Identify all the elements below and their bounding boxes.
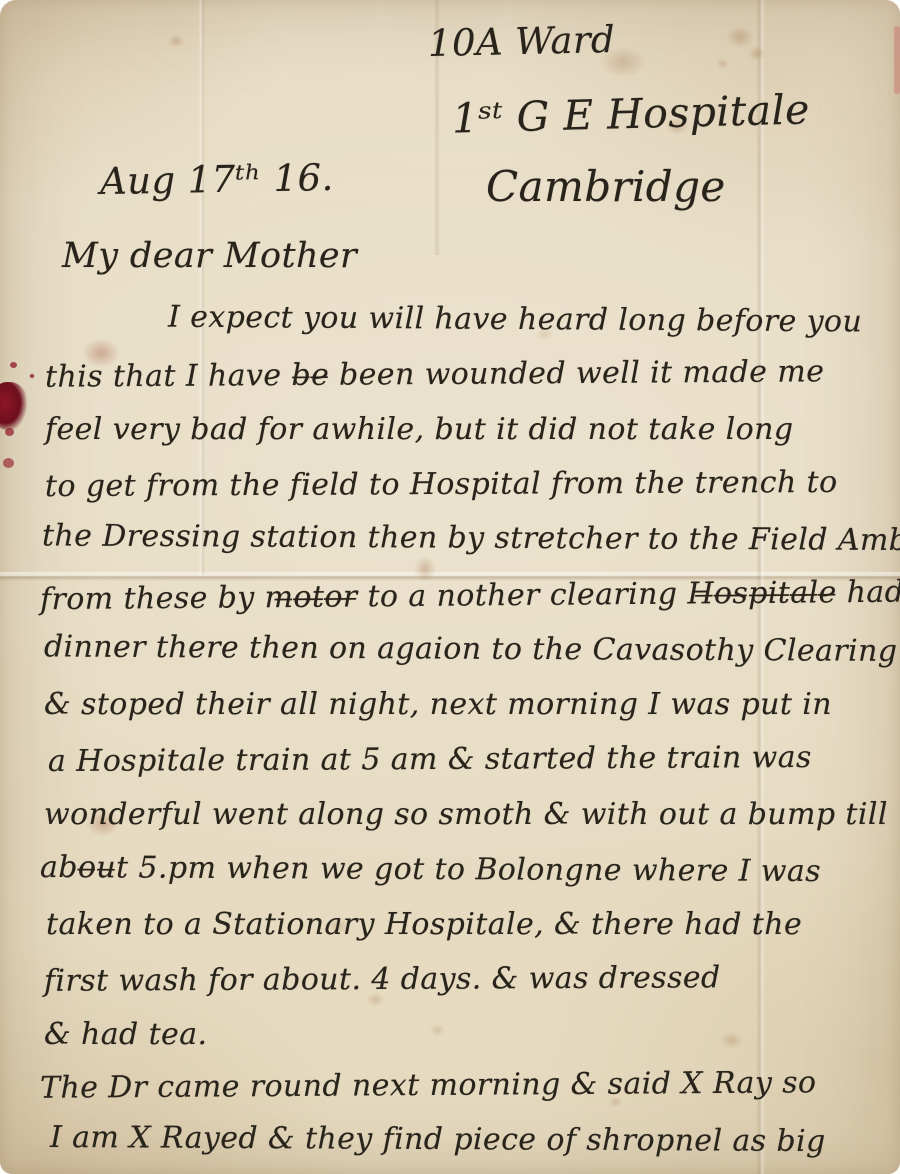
paper-stain (430, 1024, 445, 1036)
red-speck (5, 428, 14, 436)
paper-stain (726, 26, 754, 48)
body-line: & had tea. (44, 1017, 207, 1052)
body-line: I am X Rayed & they find piece of shropn… (50, 1120, 826, 1159)
red-speck (3, 458, 14, 468)
paper-stain (168, 34, 185, 48)
body-line: this that I have b̶e̶ been wounded well … (45, 354, 825, 394)
page-background: 10A Ward 1ˢᵗ G E Hospitale Cambridge Aug… (0, 0, 900, 1174)
body-line: to get from the field to Hospital from t… (45, 465, 838, 504)
body-line: dinner there then on agaion to the Cavas… (44, 629, 900, 669)
red-speck (30, 374, 34, 378)
body-line: I expect you will have heard long before… (168, 300, 862, 340)
body-line: The Dr came round next morning & said X … (40, 1065, 817, 1105)
letter-page: 10A Ward 1ˢᵗ G E Hospitale Cambridge Aug… (0, 0, 900, 1174)
header-city-line: Cambridge (486, 162, 726, 211)
body-line: wonderful went along so smoth & with out… (44, 797, 888, 832)
body-line: a Hospitale train at 5 am & started the … (48, 740, 812, 779)
edge-discoloration (894, 26, 900, 94)
paper-stain (720, 1032, 743, 1049)
paper-stain (748, 46, 766, 61)
date-line: Aug 17ᵗʰ 16. (100, 156, 334, 203)
salutation-line: My dear Mother (62, 236, 357, 276)
red-speck (10, 362, 17, 368)
body-line: the Dressing station then by stretcher t… (42, 518, 900, 558)
header-ward-line: 10A Ward (428, 18, 616, 65)
paper-stain (716, 58, 729, 69)
header-hospital-line: 1ˢᵗ G E Hospitale (451, 85, 810, 142)
body-line: & stoped their all night, next morning I… (44, 687, 832, 722)
body-line: feel very bad for awhile, but it did not… (45, 412, 793, 447)
body-line: taken to a Stationary Hospitale, & there… (46, 907, 802, 942)
body-line: abo̶u̶t 5.pm when we got to Bolongne whe… (40, 850, 821, 889)
body-line: first wash for about. 4 days. & was dres… (44, 960, 721, 999)
body-line: from these by m̶o̶t̶o̶r̶ to a nother cle… (40, 574, 900, 617)
red-seal-stain (0, 382, 29, 430)
